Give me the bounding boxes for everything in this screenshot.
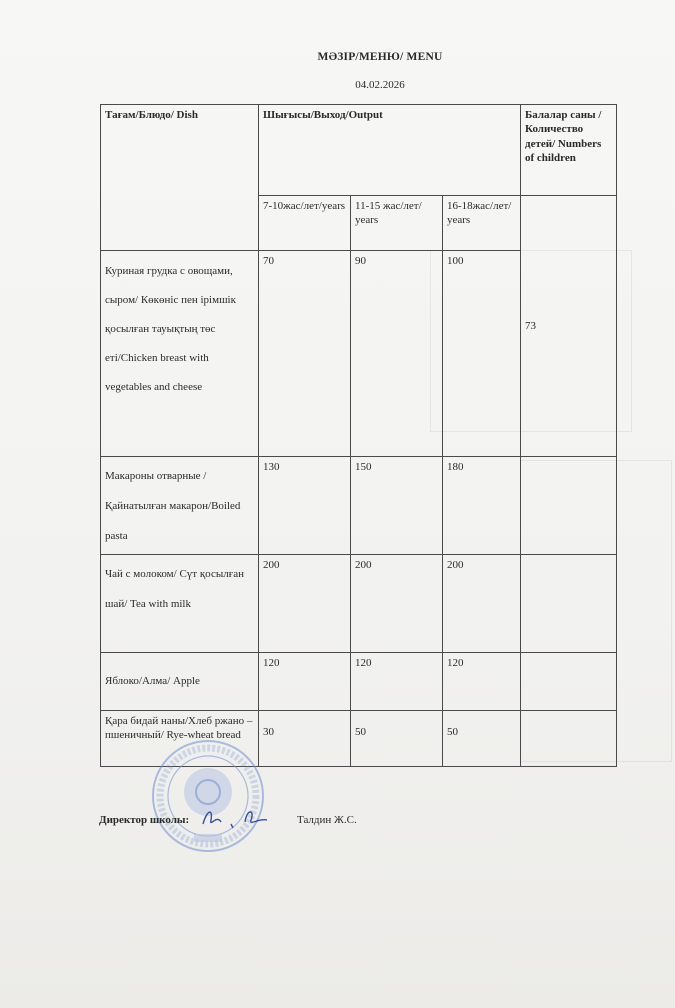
menu-table: Тағам/Блюдо/ Dish Шығысы/Выход/Output Ба… xyxy=(100,104,617,767)
table-row: Макароны отварные / Қайнатылған макарон/… xyxy=(101,457,617,555)
document-title: МӘЗІР/МЕНЮ/ MENU xyxy=(0,51,675,63)
dish-name: Куриная грудка с овощами, сыром/ Көкөніс… xyxy=(101,251,259,457)
portion-7-10: 120 xyxy=(259,653,351,711)
dish-name: Макароны отварные / Қайнатылған макарон/… xyxy=(101,457,259,555)
document-date: 04.02.2026 xyxy=(0,79,675,91)
portion-7-10: 30 xyxy=(259,711,351,767)
children-empty-cell xyxy=(521,711,617,767)
portion-11-15: 120 xyxy=(351,653,443,711)
dish-header: Тағам/Блюдо/ Dish xyxy=(101,105,259,251)
portion-11-15: 150 xyxy=(351,457,443,555)
children-empty-cell xyxy=(521,555,617,653)
dish-name: Яблоко/Алма/ Apple xyxy=(101,653,259,711)
children-empty-cell xyxy=(521,653,617,711)
portion-16-18: 50 xyxy=(443,711,521,767)
portion-7-10: 200 xyxy=(259,555,351,653)
portion-11-15: 200 xyxy=(351,555,443,653)
signatory-name: Талдин Ж.С. xyxy=(297,814,357,826)
scanned-page: МӘЗІР/МЕНЮ/ MENU 04.02.2026 Тағам/Блюдо/… xyxy=(0,0,675,1008)
portion-7-10: 70 xyxy=(259,251,351,457)
header-row: Тағам/Блюдо/ Dish Шығысы/Выход/Output Ба… xyxy=(101,105,617,196)
portion-16-18: 200 xyxy=(443,555,521,653)
signature-block: Директор школы: Талдин Ж.С. xyxy=(99,814,189,826)
output-header: Шығысы/Выход/Output xyxy=(259,105,521,196)
signature-label: Директор школы: xyxy=(99,814,189,826)
children-count: 73 xyxy=(521,196,617,457)
portion-16-18: 120 xyxy=(443,653,521,711)
table-row: Чай с молоком/ Сүт қосылған шай/ Tea wit… xyxy=(101,555,617,653)
children-header: Балалар саны /Количество детей/ Numbers … xyxy=(521,105,617,196)
table-row: Яблоко/Алма/ Apple 120 120 120 xyxy=(101,653,617,711)
portion-7-10: 130 xyxy=(259,457,351,555)
dish-name: Чай с молоком/ Сүт қосылған шай/ Tea wit… xyxy=(101,555,259,653)
portion-11-15: 50 xyxy=(351,711,443,767)
portion-11-15: 90 xyxy=(351,251,443,457)
official-stamp-icon xyxy=(150,738,266,854)
portion-16-18: 100 xyxy=(443,251,521,457)
age-group-7-10: 7-10жас/лет/years xyxy=(259,196,351,251)
handwritten-signature-icon xyxy=(199,806,269,830)
portion-16-18: 180 xyxy=(443,457,521,555)
age-group-11-15: 11-15 жас/лет/ years xyxy=(351,196,443,251)
children-empty-cell xyxy=(521,457,617,555)
age-group-16-18: 16-18жас/лет/ years xyxy=(443,196,521,251)
